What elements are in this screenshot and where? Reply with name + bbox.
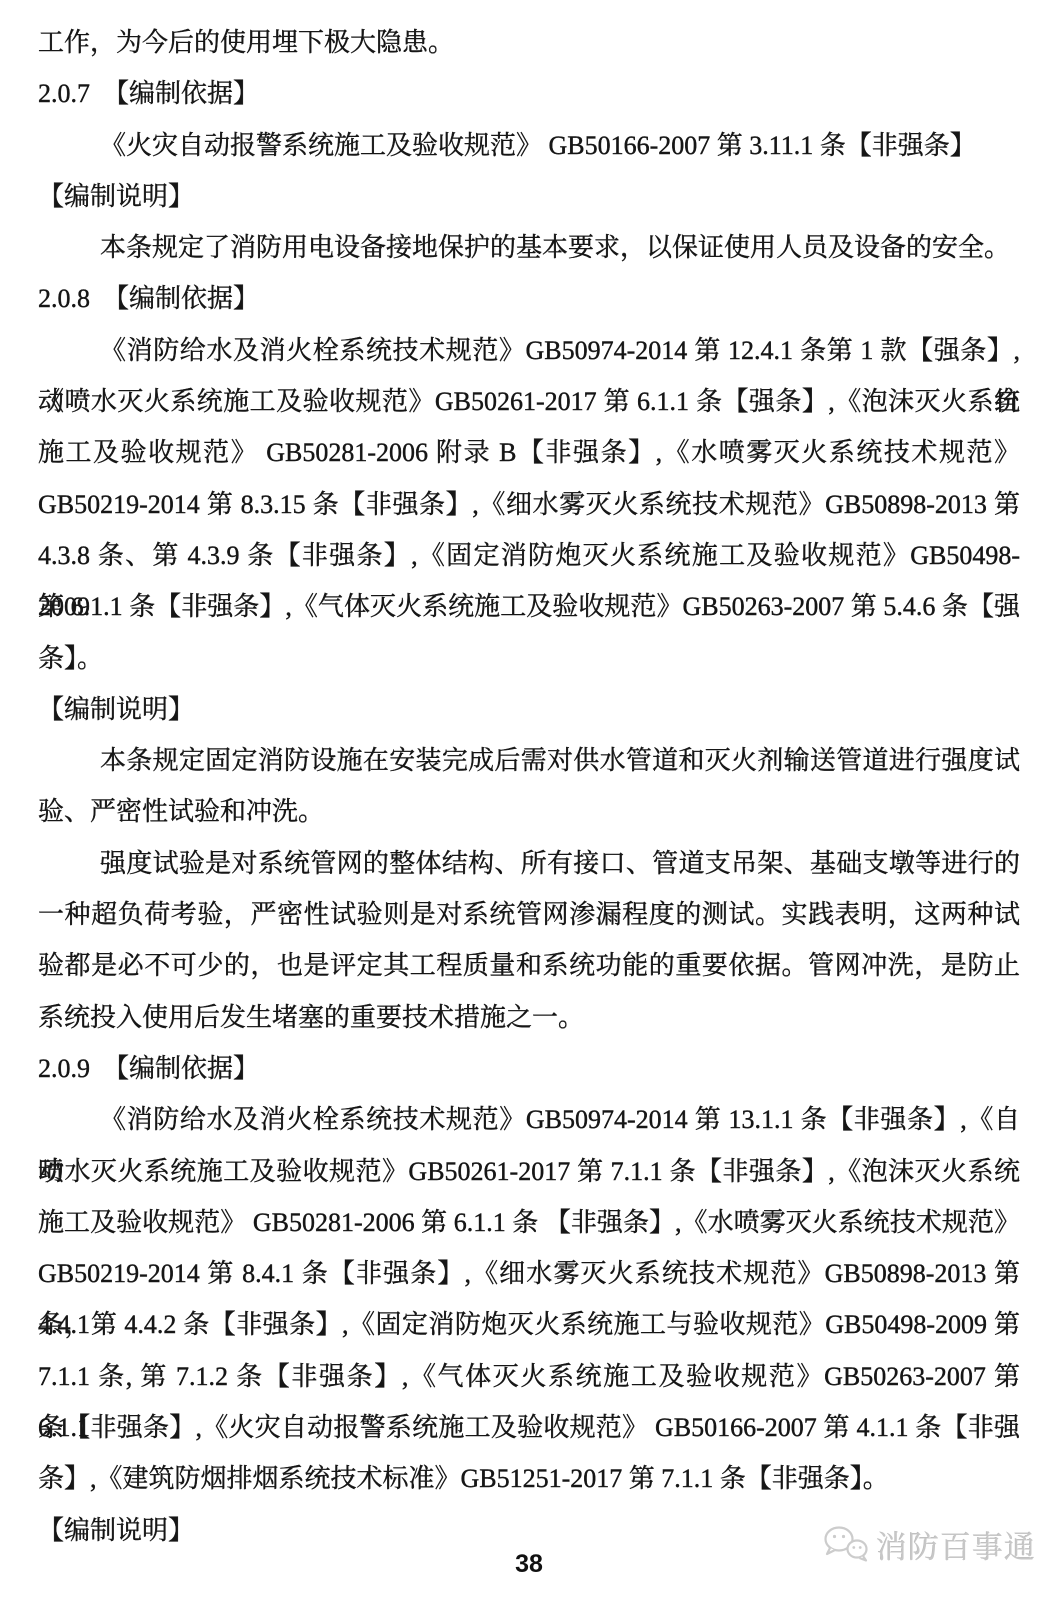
text-line: 《消防给水及消火栓系统技术规范》GB50974-2014 第 12.4.1 条第… bbox=[38, 325, 1020, 376]
text-line: 本条规定固定消防设施在安装完成后需对供水管道和灭火剂输送管道进行强度试 bbox=[38, 735, 1020, 786]
text-line: 强度试验是对系统管网的整体结构、所有接口、管道支吊架、基础支墩等进行的 bbox=[38, 838, 1020, 889]
text-line: 条】,《建筑防烟排烟系统技术标准》GB51251-2017 第 7.1.1 条【… bbox=[38, 1453, 1020, 1504]
text-line: 系统投入使用后发生堵塞的重要技术措施之一。 bbox=[38, 992, 1020, 1043]
section-heading: 2.0.8 【编制依据】 bbox=[38, 273, 1020, 324]
text-line: GB50219-2014 第 8.4.1 条【非强条】,《细水雾灭火系统技术规范… bbox=[38, 1248, 1020, 1299]
text-line: 4.3.8 条、第 4.3.9 条【非强条】,《固定消防炮灭火系统施工及验收规范… bbox=[38, 530, 1020, 581]
text-line: 条】。 bbox=[38, 633, 1020, 684]
text-line: 一种超负荷考验，严密性试验则是对系统管网渗漏程度的测试。实践表明，这两种试 bbox=[38, 889, 1020, 940]
section-heading: 2.0.9 【编制依据】 bbox=[38, 1043, 1020, 1094]
text-line: GB50219-2014 第 8.3.15 条【非强条】,《细水雾灭火系统技术规… bbox=[38, 479, 1020, 530]
section-label: 【编制说明】 bbox=[38, 684, 1020, 735]
page-number: 38 bbox=[0, 1550, 1058, 1579]
text-line: 条【非强条】,《火灾自动报警系统施工及验收规范》 GB50166-2007 第 … bbox=[38, 1402, 1020, 1453]
text-line: 《消防给水及消火栓系统技术规范》GB50974-2014 第 13.1.1 条【… bbox=[38, 1094, 1020, 1145]
text-line: 7.1.1 条, 第 7.1.2 条【非强条】,《气体灭火系统施工及验收规范》G… bbox=[38, 1351, 1020, 1402]
section-label: 【编制说明】 bbox=[38, 171, 1020, 222]
text-line: 条，第 4.4.2 条【非强条】,《固定消防炮灭火系统施工与验收规范》GB504… bbox=[38, 1299, 1020, 1350]
document-page: 工作，为今后的使用埋下极大隐患。2.0.7 【编制依据】《火灾自动报警系统施工及… bbox=[0, 0, 1058, 1600]
text-line: 《火灾自动报警系统施工及验收规范》 GB50166-2007 第 3.11.1 … bbox=[38, 120, 1020, 171]
text-line: 施工及验收规范》 GB50281-2006 第 6.1.1 条 【非强条】,《水… bbox=[38, 1197, 1020, 1248]
document-body: 工作，为今后的使用埋下极大隐患。2.0.7 【编制依据】《火灾自动报警系统施工及… bbox=[38, 17, 1020, 1556]
text-line: 验、严密性试验和冲洗。 bbox=[38, 786, 1020, 837]
text-line: 第 6.1.1 条【非强条】,《气体灭火系统施工及验收规范》GB50263-20… bbox=[38, 581, 1020, 632]
text-line: 动喷水灭火系统施工及验收规范》GB50261-2017 第 6.1.1 条【强条… bbox=[38, 376, 1020, 427]
text-line: 本条规定了消防用电设备接地保护的基本要求，以保证使用人员及设备的安全。 bbox=[38, 222, 1020, 273]
section-heading: 2.0.7 【编制依据】 bbox=[38, 68, 1020, 119]
text-line: 工作，为今后的使用埋下极大隐患。 bbox=[38, 17, 1020, 68]
text-line: 施工及验收规范》 GB50281-2006 附录 B【非强条】,《水喷雾灭火系统… bbox=[38, 427, 1020, 478]
text-line: 验都是必不可少的，也是评定其工程质量和系统功能的重要依据。管网冲洗，是防止 bbox=[38, 940, 1020, 991]
text-line: 喷水灭火系统施工及验收规范》GB50261-2017 第 7.1.1 条【非强条… bbox=[38, 1146, 1020, 1197]
